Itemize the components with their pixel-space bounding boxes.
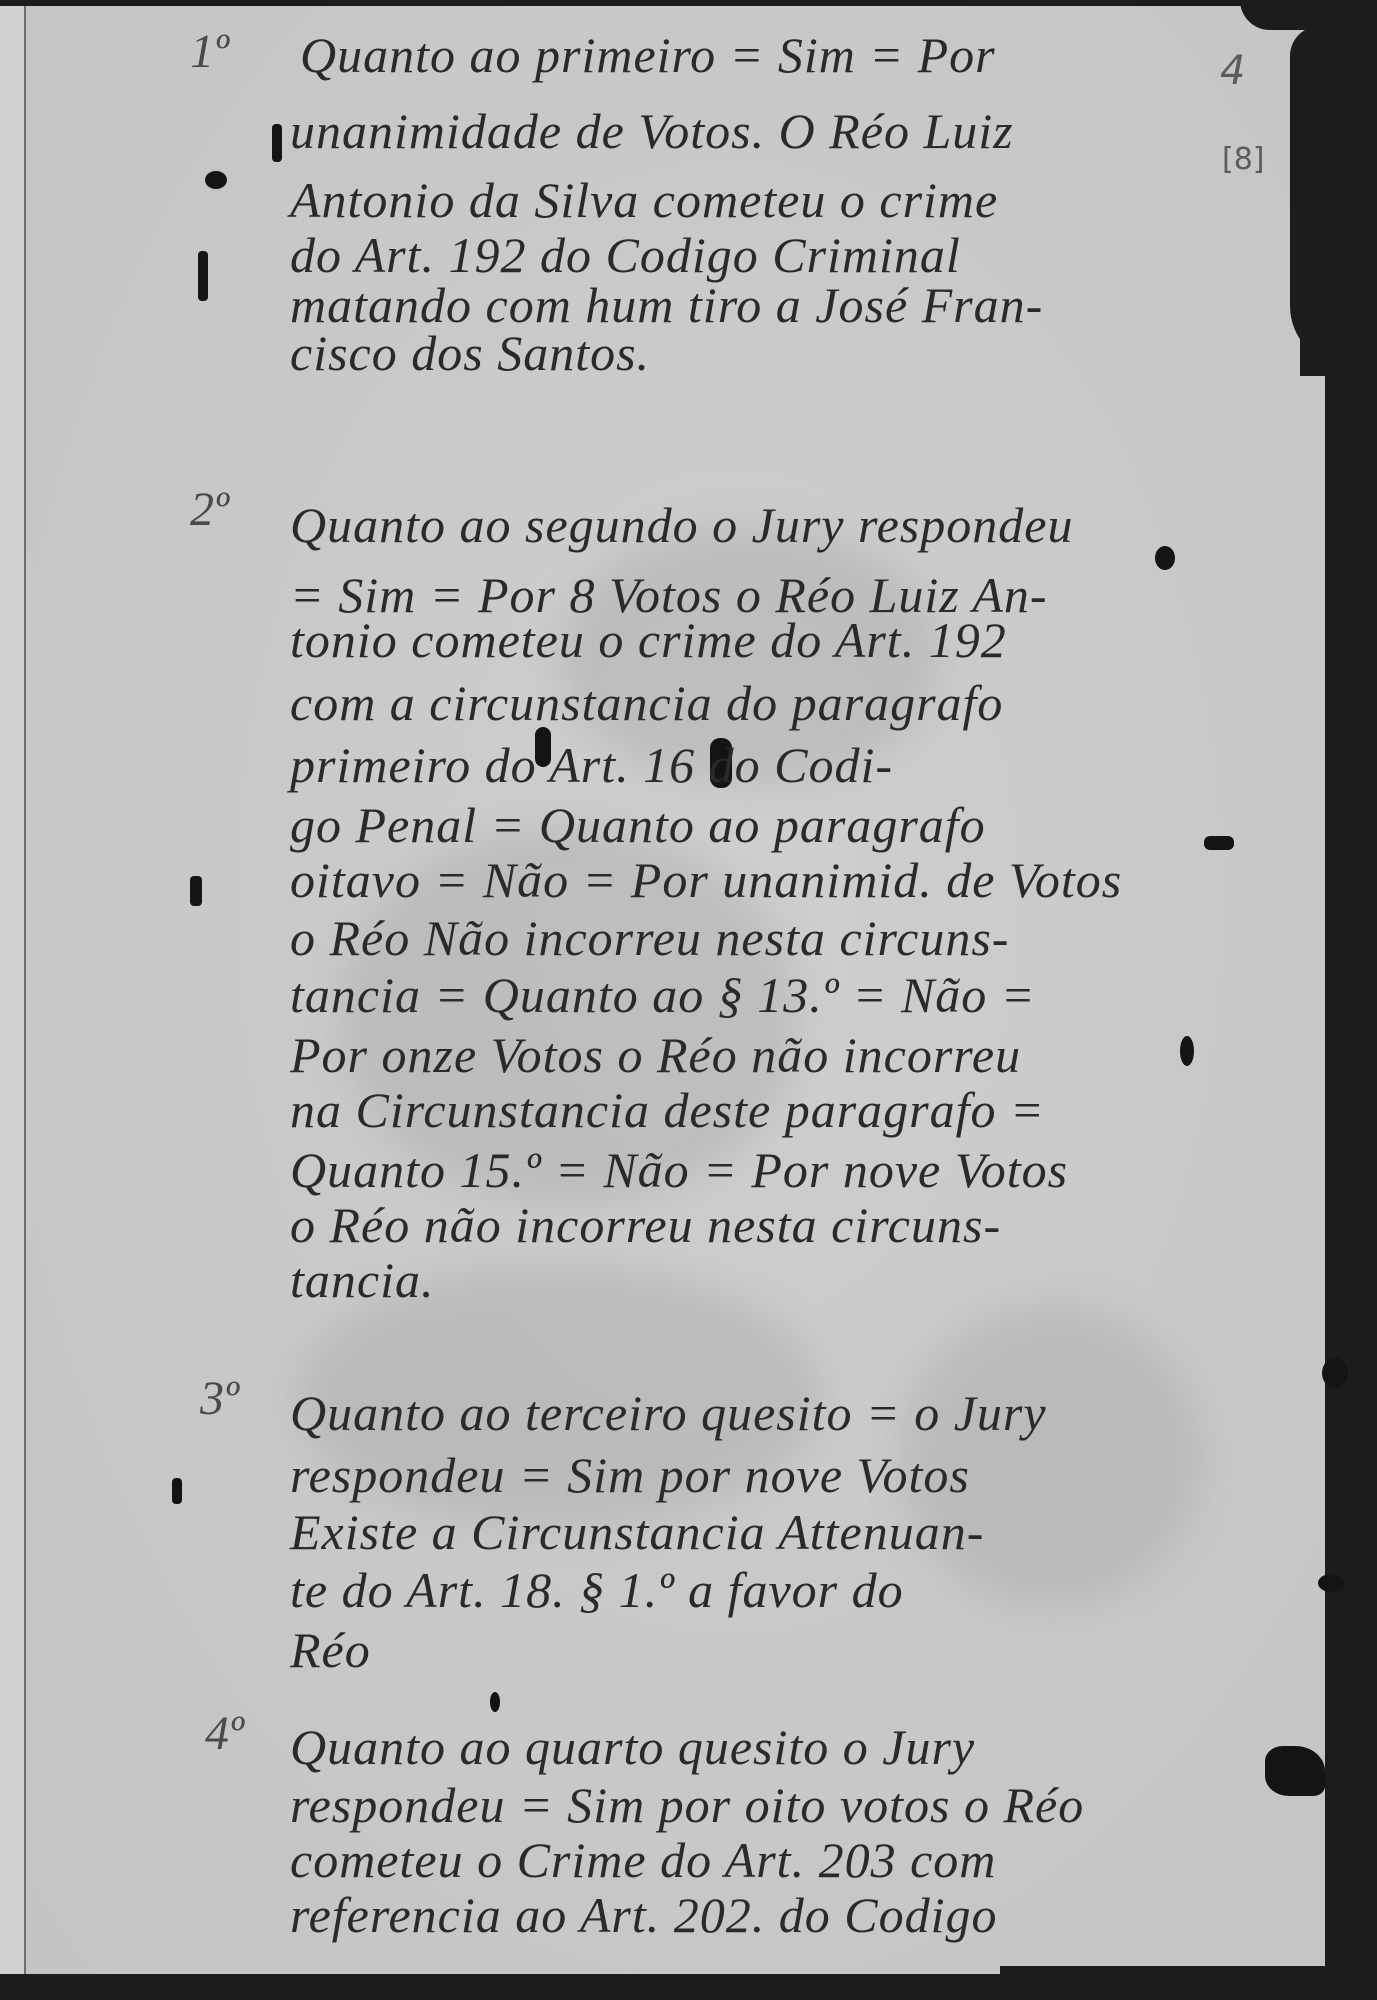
section-1-line: cisco dos Santos. (290, 324, 650, 382)
section-4-line: respondeu = Sim por oito votos o Réo (290, 1776, 1084, 1834)
ink-blot (1180, 1036, 1194, 1066)
section-2-line: na Circunstancia deste paragrafo = (290, 1081, 1045, 1139)
section-3-number: 3º (200, 1371, 239, 1426)
section-2-number: 2º (190, 482, 229, 537)
left-margin-strip (0, 6, 24, 1986)
section-3-line: Quanto ao terceiro quesito = o Jury (290, 1384, 1047, 1442)
section-2-line: go Penal = Quanto ao paragrafo (290, 796, 986, 854)
section-2-line: tonio cometeu o crime do Art. 192 (290, 611, 1007, 669)
torn-edge (1290, 26, 1350, 366)
section-2-line: oitavo = Não = Por unanimid. de Votos (290, 851, 1122, 909)
section-4-line: referencia ao Art. 202. do Codigo (290, 1886, 998, 1944)
ink-blot (190, 876, 202, 906)
section-2-line: tancia = Quanto ao § 13.º = Não = (290, 966, 1036, 1024)
section-1-line: Antonio da Silva cometeu o crime (290, 171, 998, 229)
ink-blot (172, 1478, 182, 1504)
section-2-line: Por onze Votos o Réo não incorreu (290, 1026, 1021, 1084)
section-2-line: primeiro do Art. 16 do Codi- (290, 736, 893, 794)
section-1-line: Quanto ao primeiro = Sim = Por (300, 26, 996, 84)
section-2-line: Quanto 15.º = Não = Por nove Votos (290, 1141, 1068, 1199)
ink-blot (198, 251, 208, 301)
section-3-line: Existe a Circunstancia Attenuan- (290, 1503, 984, 1561)
torn-edge (1325, 366, 1345, 1986)
ink-blot (1322, 1358, 1348, 1388)
section-2-line: o Réo Não incorreu nesta circuns- (290, 909, 1009, 967)
archive-page-marker: [8] (1222, 142, 1265, 177)
left-margin-rule (24, 6, 26, 1986)
ink-blot (490, 1692, 500, 1712)
section-3-line: te do Art. 18. § 1.º a favor do (290, 1561, 904, 1619)
section-2-line: tancia. (290, 1251, 434, 1309)
section-3-line: respondeu = Sim por nove Votos (290, 1446, 970, 1504)
section-4-number: 4º (205, 1706, 244, 1761)
section-1-number: 1º (190, 24, 229, 79)
section-4-line: Quanto ao quarto quesito o Jury (290, 1718, 975, 1776)
ink-blot (1265, 1746, 1325, 1796)
page-number-pencil: 4 (1220, 48, 1245, 94)
ink-blot (205, 171, 227, 189)
manuscript-page: 4 [8] 1º Quanto ao primeiro = Sim = Por … (0, 6, 1330, 1986)
section-2-line: o Réo não incorreu nesta circuns- (290, 1196, 1001, 1254)
section-4-line: cometeu o Crime do Art. 203 com (290, 1831, 996, 1889)
section-1-line: unanimidade de Votos. O Réo Luiz (290, 102, 1014, 160)
ink-blot (1155, 546, 1175, 570)
ink-blot (1318, 1574, 1344, 1592)
torn-edge (0, 1974, 1340, 1994)
section-3-line: Réo (290, 1621, 371, 1679)
section-2-line: com a circunstancia do paragrafo (290, 674, 1003, 732)
section-2-line: Quanto ao segundo o Jury respondeu (290, 496, 1073, 554)
ink-blot (272, 124, 282, 162)
ink-blot (1204, 836, 1234, 850)
